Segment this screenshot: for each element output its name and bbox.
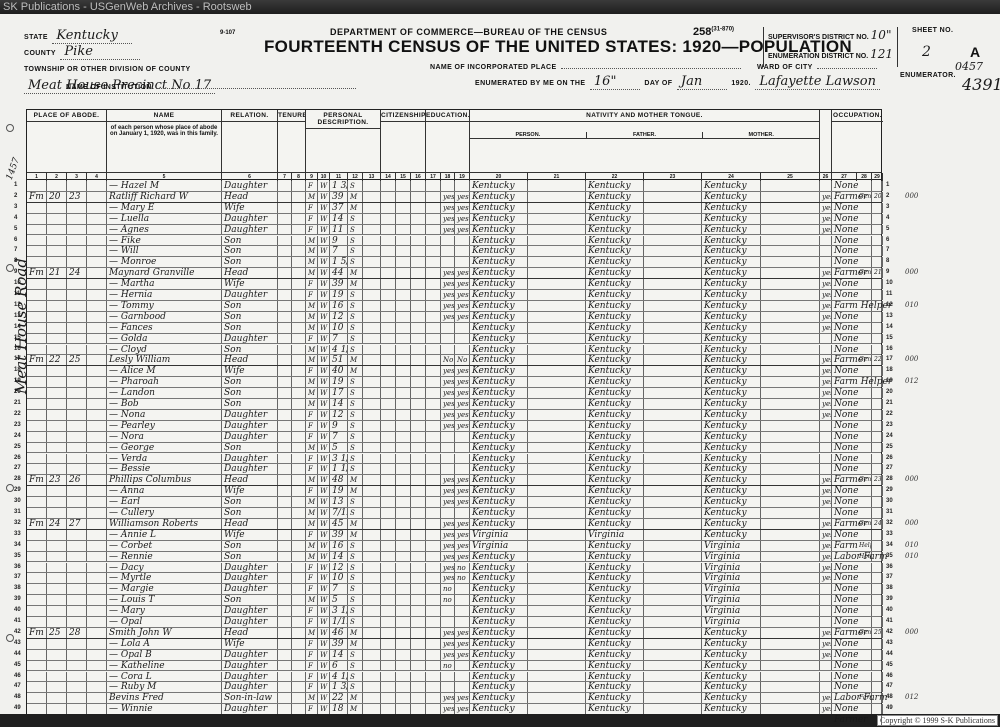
cell-empty bbox=[528, 192, 586, 202]
cell-empty bbox=[396, 355, 411, 365]
cell-occ: None bbox=[832, 334, 882, 344]
row-number: 21 bbox=[886, 400, 893, 406]
cell-write: yes bbox=[455, 203, 470, 213]
row-number-left: 26 bbox=[14, 455, 21, 461]
cell-rel: Son bbox=[222, 595, 278, 605]
cell-empty bbox=[381, 388, 396, 398]
cell-empty bbox=[292, 519, 306, 529]
cell-birth: Kentucky bbox=[470, 399, 528, 409]
row-number-left: 7 bbox=[14, 247, 17, 253]
cell-sex: F bbox=[306, 464, 318, 474]
cell-empty bbox=[528, 464, 586, 474]
cell-race: W bbox=[318, 606, 330, 616]
cell-empty bbox=[363, 606, 381, 616]
cell-dwelling bbox=[47, 236, 67, 246]
cell-eng bbox=[820, 236, 832, 246]
cell-name: — Hernia bbox=[107, 290, 222, 300]
table-row: — CorbetSonMW16SyesyesVirginiaKentuckyVi… bbox=[27, 541, 881, 552]
cell-empty bbox=[396, 366, 411, 376]
cell-empty bbox=[381, 584, 396, 594]
cell-name: — Pearley bbox=[107, 421, 222, 431]
cell-write: No bbox=[455, 355, 470, 365]
cell-fbirth: Kentucky bbox=[586, 563, 644, 573]
cell-street bbox=[27, 421, 47, 431]
table-row: — CloydSonMW4 1/2SKentuckyKentuckyKentuc… bbox=[27, 345, 881, 356]
cell-write: yes bbox=[455, 475, 470, 485]
row-number: 16 bbox=[886, 346, 893, 352]
cell-empty bbox=[761, 530, 820, 540]
cell-empty bbox=[381, 181, 396, 191]
cell-empty bbox=[396, 541, 411, 551]
cell-empty bbox=[644, 606, 702, 616]
cell-rel: Wife bbox=[222, 530, 278, 540]
cell-sex: F bbox=[306, 225, 318, 235]
cell-empty bbox=[761, 399, 820, 409]
cell-occ: None bbox=[832, 323, 882, 333]
cell-write: yes bbox=[455, 552, 470, 562]
cell-empty bbox=[381, 639, 396, 649]
cell-race: W bbox=[318, 268, 330, 278]
cell-age: 7 bbox=[330, 334, 348, 344]
cell-ms: S bbox=[348, 443, 363, 453]
col-personal: PERSONAL DESCRIPTION. bbox=[306, 110, 381, 172]
cell-read bbox=[441, 236, 455, 246]
table-row: — Annie LWifeFW39MyesyesVirginiaVirginia… bbox=[27, 530, 881, 541]
cell-empty bbox=[363, 573, 381, 583]
cell-name: — Cullery bbox=[107, 508, 222, 518]
cell-empty bbox=[292, 181, 306, 191]
cell-sex: F bbox=[306, 617, 318, 627]
cell-birth: Kentucky bbox=[470, 661, 528, 671]
row-number-left: 17 bbox=[14, 356, 21, 362]
cell-race: W bbox=[318, 334, 330, 344]
cell-read bbox=[441, 464, 455, 474]
cell-empty bbox=[363, 584, 381, 594]
table-row: — Lola AWifeFW39MyesyesKentuckyKentuckyK… bbox=[27, 639, 881, 650]
cell-empty bbox=[761, 552, 820, 562]
cell-empty bbox=[528, 508, 586, 518]
cell-empty bbox=[528, 301, 586, 311]
cell-read bbox=[441, 334, 455, 344]
cell-occ: None bbox=[832, 584, 882, 594]
cell-read: yes bbox=[441, 421, 455, 431]
cell-empty bbox=[644, 519, 702, 529]
cell-empty bbox=[381, 334, 396, 344]
cell-empty bbox=[87, 203, 107, 213]
cell-occ: None bbox=[832, 214, 882, 224]
cell-ms: S bbox=[348, 301, 363, 311]
cell-race: W bbox=[318, 366, 330, 376]
cell-empty bbox=[396, 192, 411, 202]
township-label: TOWNSHIP OR OTHER DIVISION OF COUNTY bbox=[24, 66, 191, 73]
cell-read: yes bbox=[441, 552, 455, 562]
cell-street bbox=[27, 639, 47, 649]
cell-race: W bbox=[318, 628, 330, 638]
cell-family bbox=[67, 388, 87, 398]
cell-race: W bbox=[318, 584, 330, 594]
cell-read: yes bbox=[441, 693, 455, 703]
cell-rel: Daughter bbox=[222, 573, 278, 583]
cell-empty bbox=[292, 388, 306, 398]
row-number-left: 11 bbox=[14, 291, 20, 297]
institution-field: NAME OF INSTITUTION bbox=[66, 76, 356, 94]
cell-family bbox=[67, 377, 87, 387]
cell-sex: M bbox=[306, 236, 318, 246]
cell-empty bbox=[278, 377, 292, 387]
cell-empty bbox=[761, 181, 820, 191]
day-of-label: DAY OF bbox=[644, 80, 672, 87]
cell-empty bbox=[278, 530, 292, 540]
table-row: — GarnboodSonMW12SyesyesKentuckyKentucky… bbox=[27, 312, 881, 323]
cell-empty bbox=[644, 214, 702, 224]
cell-name: — Earl bbox=[107, 497, 222, 507]
cell-write bbox=[455, 606, 470, 616]
table-row: — AnnaWifeFW19MyesyesKentuckyKentuckyKen… bbox=[27, 486, 881, 497]
column-number: 23 bbox=[644, 173, 702, 181]
cell-empty bbox=[644, 279, 702, 289]
cell-birth: Kentucky bbox=[470, 290, 528, 300]
cell-write: yes bbox=[455, 704, 470, 714]
row-number-left: 33 bbox=[14, 531, 21, 537]
cell-empty bbox=[381, 704, 396, 714]
cell-fbirth: Kentucky bbox=[586, 268, 644, 278]
cell-birth: Kentucky bbox=[470, 573, 528, 583]
cell-empty bbox=[363, 366, 381, 376]
cell-occ: None bbox=[832, 432, 882, 442]
cell-rel: Wife bbox=[222, 366, 278, 376]
cell-empty bbox=[87, 606, 107, 616]
institution-value bbox=[156, 88, 356, 89]
cell-empty bbox=[644, 203, 702, 213]
cell-empty bbox=[761, 203, 820, 213]
cell-empty bbox=[426, 530, 441, 540]
table-row: — MonroeSonMW1 5/12SKentuckyKentuckyKent… bbox=[27, 257, 881, 268]
cell-empty bbox=[761, 573, 820, 583]
cell-dwelling bbox=[47, 682, 67, 692]
row-number-left: 29 bbox=[14, 487, 21, 493]
cell-rel: Daughter bbox=[222, 225, 278, 235]
cell-ms: S bbox=[348, 323, 363, 333]
cell-family bbox=[67, 693, 87, 703]
cell-age: 1 1/2 bbox=[330, 464, 348, 474]
cell-name: — Opal bbox=[107, 617, 222, 627]
cell-dwelling bbox=[47, 552, 67, 562]
cell-rel: Son bbox=[222, 246, 278, 256]
cell-empty bbox=[292, 355, 306, 365]
cell-birth: Virginia bbox=[470, 530, 528, 540]
cell-age: 1 5/12 bbox=[330, 257, 348, 267]
cell-street bbox=[27, 290, 47, 300]
cell-birth: Kentucky bbox=[470, 214, 528, 224]
cell-dwelling: 21 bbox=[47, 268, 67, 278]
cell-empty bbox=[381, 399, 396, 409]
cell-eng: yes bbox=[820, 486, 832, 496]
row-number-left: 2 bbox=[14, 193, 17, 199]
cell-empty bbox=[396, 323, 411, 333]
cell-write bbox=[455, 181, 470, 191]
cell-empty bbox=[396, 508, 411, 518]
cell-empty bbox=[411, 563, 426, 573]
cell-empty bbox=[381, 268, 396, 278]
cell-empty bbox=[528, 595, 586, 605]
cell-empty bbox=[396, 606, 411, 616]
cell-occ: Farmer bbox=[832, 192, 882, 202]
cell-age: 1 3/12 bbox=[330, 181, 348, 191]
cell-empty bbox=[426, 661, 441, 671]
column-number: 28 bbox=[857, 173, 872, 181]
cell-empty bbox=[381, 257, 396, 267]
cell-empty bbox=[644, 693, 702, 703]
cell-empty bbox=[87, 672, 107, 682]
row-number-left: 22 bbox=[14, 411, 21, 417]
enumerated-day: 16" bbox=[590, 74, 640, 90]
row-number: 24 bbox=[886, 433, 893, 439]
cell-empty bbox=[411, 268, 426, 278]
cell-empty bbox=[292, 541, 306, 551]
table-row: — TommySonMW16SyesyesKentuckyKentuckyKen… bbox=[27, 301, 881, 312]
cell-dwelling bbox=[47, 203, 67, 213]
row-number: 3 bbox=[886, 204, 889, 210]
cell-sex: M bbox=[306, 301, 318, 311]
cell-empty bbox=[278, 290, 292, 300]
cell-empty bbox=[278, 203, 292, 213]
cell-empty bbox=[292, 573, 306, 583]
cell-street bbox=[27, 432, 47, 442]
cell-name: — Alice M bbox=[107, 366, 222, 376]
row-number: 43 bbox=[886, 640, 893, 646]
cell-fbirth: Kentucky bbox=[586, 628, 644, 638]
cell-empty bbox=[292, 312, 306, 322]
cell-street: Fm bbox=[27, 628, 47, 638]
cell-rel: Head bbox=[222, 628, 278, 638]
cell-family bbox=[67, 301, 87, 311]
row-number-left: 28 bbox=[14, 476, 21, 482]
census-table: PLACE OF ABODE. NAMEof each person whose… bbox=[26, 109, 882, 724]
cell-empty bbox=[363, 246, 381, 256]
cell-age: 39 bbox=[330, 530, 348, 540]
cell-empty bbox=[278, 628, 292, 638]
cell-sex: F bbox=[306, 334, 318, 344]
cell-empty bbox=[426, 432, 441, 442]
cell-name: — Cora L bbox=[107, 672, 222, 682]
cell-mbirth: Virginia bbox=[702, 606, 761, 616]
cell-rel: Son bbox=[222, 552, 278, 562]
cell-empty bbox=[528, 388, 586, 398]
cell-ms: M bbox=[348, 355, 363, 365]
cell-read bbox=[441, 432, 455, 442]
cell-empty bbox=[426, 519, 441, 529]
cell-empty bbox=[411, 203, 426, 213]
cell-empty bbox=[528, 704, 586, 714]
cell-mbirth: Kentucky bbox=[702, 246, 761, 256]
cell-empty bbox=[528, 214, 586, 224]
cell-empty bbox=[278, 225, 292, 235]
cell-sex: M bbox=[306, 519, 318, 529]
cell-write: no bbox=[455, 563, 470, 573]
cell-empty bbox=[363, 421, 381, 431]
cell-dwelling bbox=[47, 345, 67, 355]
cell-empty bbox=[528, 563, 586, 573]
cell-empty bbox=[528, 530, 586, 540]
cell-sex: F bbox=[306, 203, 318, 213]
cell-empty bbox=[363, 225, 381, 235]
stamp-number-2: 4391 bbox=[962, 75, 1000, 94]
cell-empty bbox=[396, 497, 411, 507]
cell-empty bbox=[292, 682, 306, 692]
cell-street bbox=[27, 682, 47, 692]
cell-empty bbox=[87, 628, 107, 638]
cell-empty bbox=[411, 693, 426, 703]
cell-empty bbox=[381, 410, 396, 420]
enumerated-label: ENUMERATED BY ME ON THE bbox=[475, 80, 585, 87]
cell-fbirth: Kentucky bbox=[586, 595, 644, 605]
cell-family: 26 bbox=[67, 475, 87, 485]
cell-street bbox=[27, 704, 47, 714]
cell-mbirth: Virginia bbox=[702, 563, 761, 573]
row-number: 2 bbox=[886, 193, 889, 199]
cell-rel: Son bbox=[222, 508, 278, 518]
cell-birth: Kentucky bbox=[470, 672, 528, 682]
cell-eng: yes bbox=[820, 301, 832, 311]
cell-read bbox=[441, 682, 455, 692]
cell-fbirth: Kentucky bbox=[586, 246, 644, 256]
cell-empty bbox=[381, 443, 396, 453]
cell-empty bbox=[363, 203, 381, 213]
cell-race: W bbox=[318, 432, 330, 442]
cell-empty bbox=[292, 290, 306, 300]
cell-occ: Farmer bbox=[832, 519, 882, 529]
table-row: — OpalDaughterFW1/12SKentuckyKentuckyVir… bbox=[27, 617, 881, 628]
table-row: Fm2124Maynard GranvilleHeadMW44MyesyesKe… bbox=[27, 268, 881, 279]
cell-mbirth: Kentucky bbox=[702, 312, 761, 322]
cell-empty bbox=[396, 628, 411, 638]
cell-write: yes bbox=[455, 693, 470, 703]
cell-dwelling bbox=[47, 595, 67, 605]
cell-empty bbox=[87, 541, 107, 551]
cell-name: — Myrtle bbox=[107, 573, 222, 583]
row-number-left: 34 bbox=[14, 542, 21, 548]
cell-family bbox=[67, 290, 87, 300]
cell-dwelling bbox=[47, 693, 67, 703]
cell-empty bbox=[761, 682, 820, 692]
cell-read: yes bbox=[441, 519, 455, 529]
cell-birth: Kentucky bbox=[470, 203, 528, 213]
cell-mbirth: Kentucky bbox=[702, 268, 761, 278]
row-number: 9 bbox=[886, 269, 889, 275]
cell-family bbox=[67, 225, 87, 235]
cell-empty bbox=[292, 617, 306, 627]
cell-occ: None bbox=[832, 399, 882, 409]
cell-read bbox=[441, 246, 455, 256]
cell-empty bbox=[426, 203, 441, 213]
cell-sex: F bbox=[306, 563, 318, 573]
cell-empty bbox=[528, 454, 586, 464]
cell-empty bbox=[292, 661, 306, 671]
cell-occ: None bbox=[832, 704, 882, 714]
margin-code: 010 bbox=[905, 552, 918, 560]
row-number-left: 10 bbox=[14, 280, 21, 286]
cell-empty bbox=[381, 541, 396, 551]
cell-empty bbox=[292, 345, 306, 355]
cell-empty bbox=[411, 704, 426, 714]
cell-eng: yes bbox=[820, 530, 832, 540]
cell-rel: Daughter bbox=[222, 334, 278, 344]
cell-empty bbox=[528, 661, 586, 671]
cell-ms: S bbox=[348, 584, 363, 594]
cell-write bbox=[455, 595, 470, 605]
cell-empty bbox=[528, 355, 586, 365]
cell-empty bbox=[87, 355, 107, 365]
cell-name: — Mary E bbox=[107, 203, 222, 213]
cell-dwelling bbox=[47, 312, 67, 322]
cell-eng: yes bbox=[820, 388, 832, 398]
cell-fbirth: Kentucky bbox=[586, 606, 644, 616]
cell-street bbox=[27, 279, 47, 289]
cell-eng: yes bbox=[820, 203, 832, 213]
cell-empty bbox=[278, 388, 292, 398]
cell-empty bbox=[761, 464, 820, 474]
table-row: — NonaDaughterFW12SyesyesKentuckyKentuck… bbox=[27, 410, 881, 421]
cell-empty bbox=[292, 279, 306, 289]
row-number-left: 30 bbox=[14, 498, 21, 504]
cell-empty bbox=[644, 475, 702, 485]
cell-empty bbox=[278, 257, 292, 267]
cell-family bbox=[67, 181, 87, 191]
district-box: SUPERVISOR'S DISTRICT NO. 10" ENUMERATIO… bbox=[763, 27, 898, 67]
cell-empty bbox=[292, 432, 306, 442]
cell-empty bbox=[411, 454, 426, 464]
cell-age: 16 bbox=[330, 541, 348, 551]
cell-street bbox=[27, 203, 47, 213]
cell-occ: None bbox=[832, 443, 882, 453]
row-number-left: 31 bbox=[14, 509, 21, 515]
cell-rel: Wife bbox=[222, 279, 278, 289]
cell-write bbox=[455, 672, 470, 682]
cell-family bbox=[67, 704, 87, 714]
cell-empty bbox=[411, 606, 426, 616]
cell-read bbox=[441, 672, 455, 682]
cell-empty bbox=[761, 628, 820, 638]
cell-empty bbox=[363, 563, 381, 573]
cell-birth: Kentucky bbox=[470, 345, 528, 355]
cell-name: — Will bbox=[107, 246, 222, 256]
cell-read bbox=[441, 345, 455, 355]
cell-empty bbox=[87, 410, 107, 420]
cell-dwelling bbox=[47, 704, 67, 714]
cell-birth: Kentucky bbox=[470, 552, 528, 562]
cell-empty bbox=[363, 639, 381, 649]
cell-empty bbox=[292, 628, 306, 638]
margin-code: 000 bbox=[905, 355, 918, 363]
cell-eng bbox=[820, 421, 832, 431]
cell-rel: Wife bbox=[222, 639, 278, 649]
cell-empty bbox=[87, 432, 107, 442]
cell-write: yes bbox=[455, 366, 470, 376]
cell-empty bbox=[363, 454, 381, 464]
cell-empty bbox=[644, 584, 702, 594]
cell-empty bbox=[411, 421, 426, 431]
cell-fbirth: Kentucky bbox=[586, 475, 644, 485]
cell-empty bbox=[528, 410, 586, 420]
row-number-left: 24 bbox=[14, 433, 21, 439]
cell-empty bbox=[528, 181, 586, 191]
table-row: — MyrtleDaughterFW10SyesnoKentuckyKentuc… bbox=[27, 573, 881, 584]
cell-empty bbox=[396, 388, 411, 398]
cell-empty bbox=[426, 355, 441, 365]
cell-empty bbox=[426, 584, 441, 594]
cell-fbirth: Kentucky bbox=[586, 541, 644, 551]
cell-empty bbox=[761, 312, 820, 322]
